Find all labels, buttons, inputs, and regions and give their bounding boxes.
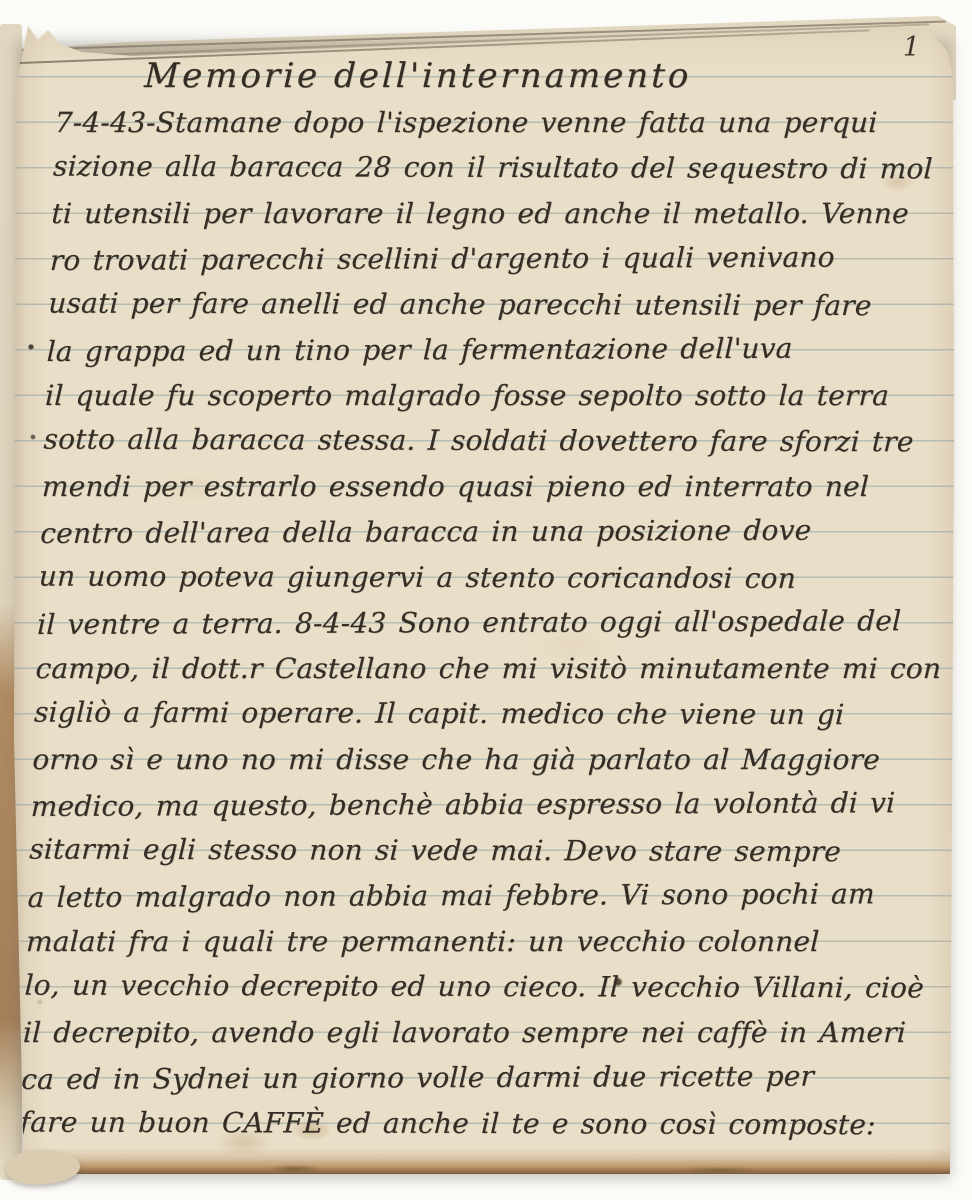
handwritten-line: campo, il dott.r Castellano che mi visit… (35, 646, 949, 692)
handwritten-line: sitarmi egli stesso non si vede mai. Dev… (28, 826, 942, 874)
handwritten-line: orno sì e uno no mi disse che ha già par… (32, 737, 946, 783)
handwritten-line: la grappa ed un tino per la fermentazion… (46, 325, 960, 374)
notebook-page: 1 Memorie dell'internamento 7-4-43-Stama… (12, 18, 954, 1174)
handwritten-line: medico, ma questo, benchè abbia espresso… (30, 780, 944, 829)
handwritten-line: centro dell'area della baracca in una po… (40, 507, 954, 556)
handwritten-line: ro trovati parecchi scellini d'argento i… (49, 234, 963, 283)
handwritten-line: ti utensili per lavorare il legno ed anc… (51, 191, 965, 237)
handwritten-line: fare un buon CAFFÈ ed anche il te e sono… (19, 1099, 933, 1147)
handwritten-line: sigliò a farmi operare. Il capit. medico… (33, 690, 947, 738)
notebook-scan: 1 Memorie dell'internamento 7-4-43-Stama… (0, 0, 972, 1200)
handwritten-line: il quale fu scoperto malgrado fosse sepo… (44, 373, 958, 419)
handwritten-line: sotto alla baracca stessa. I soldati dov… (43, 417, 957, 465)
page-bottom-edge (12, 1148, 954, 1174)
handwritten-line: mendi per estrarlo essendo quasi pieno e… (41, 464, 955, 510)
handwritten-line: malati fra i quali tre permanenti: un ve… (25, 919, 939, 965)
handwritten-line: un uomo poteva giungervi a stento corica… (38, 553, 952, 601)
page-title: Memorie dell'internamento (143, 54, 969, 100)
handwritten-line: a letto malgrado non abbia mai febbre. V… (27, 871, 941, 920)
handwritten-line: ca ed in Sydnei un giorno volle darmi du… (21, 1053, 935, 1102)
handwritten-line: 7-4-43-Stamane dopo l'ispezione venne fa… (54, 100, 968, 146)
handwritten-line: usati per fare anelli ed anche parecchi … (48, 280, 962, 328)
handwritten-line: il ventre a terra. 8-4-43 Sono entrato o… (36, 598, 950, 647)
handwriting-block: Memorie dell'internamento 7-4-43-Stamane… (19, 54, 969, 1146)
handwritten-line: il decrepito, avendo egli lavorato sempr… (22, 1010, 936, 1056)
handwritten-line: lo, un vecchio decrepito ed uno cieco. I… (24, 963, 938, 1011)
handwritten-line: sizione alla baracca 28 con il risultato… (52, 144, 966, 192)
